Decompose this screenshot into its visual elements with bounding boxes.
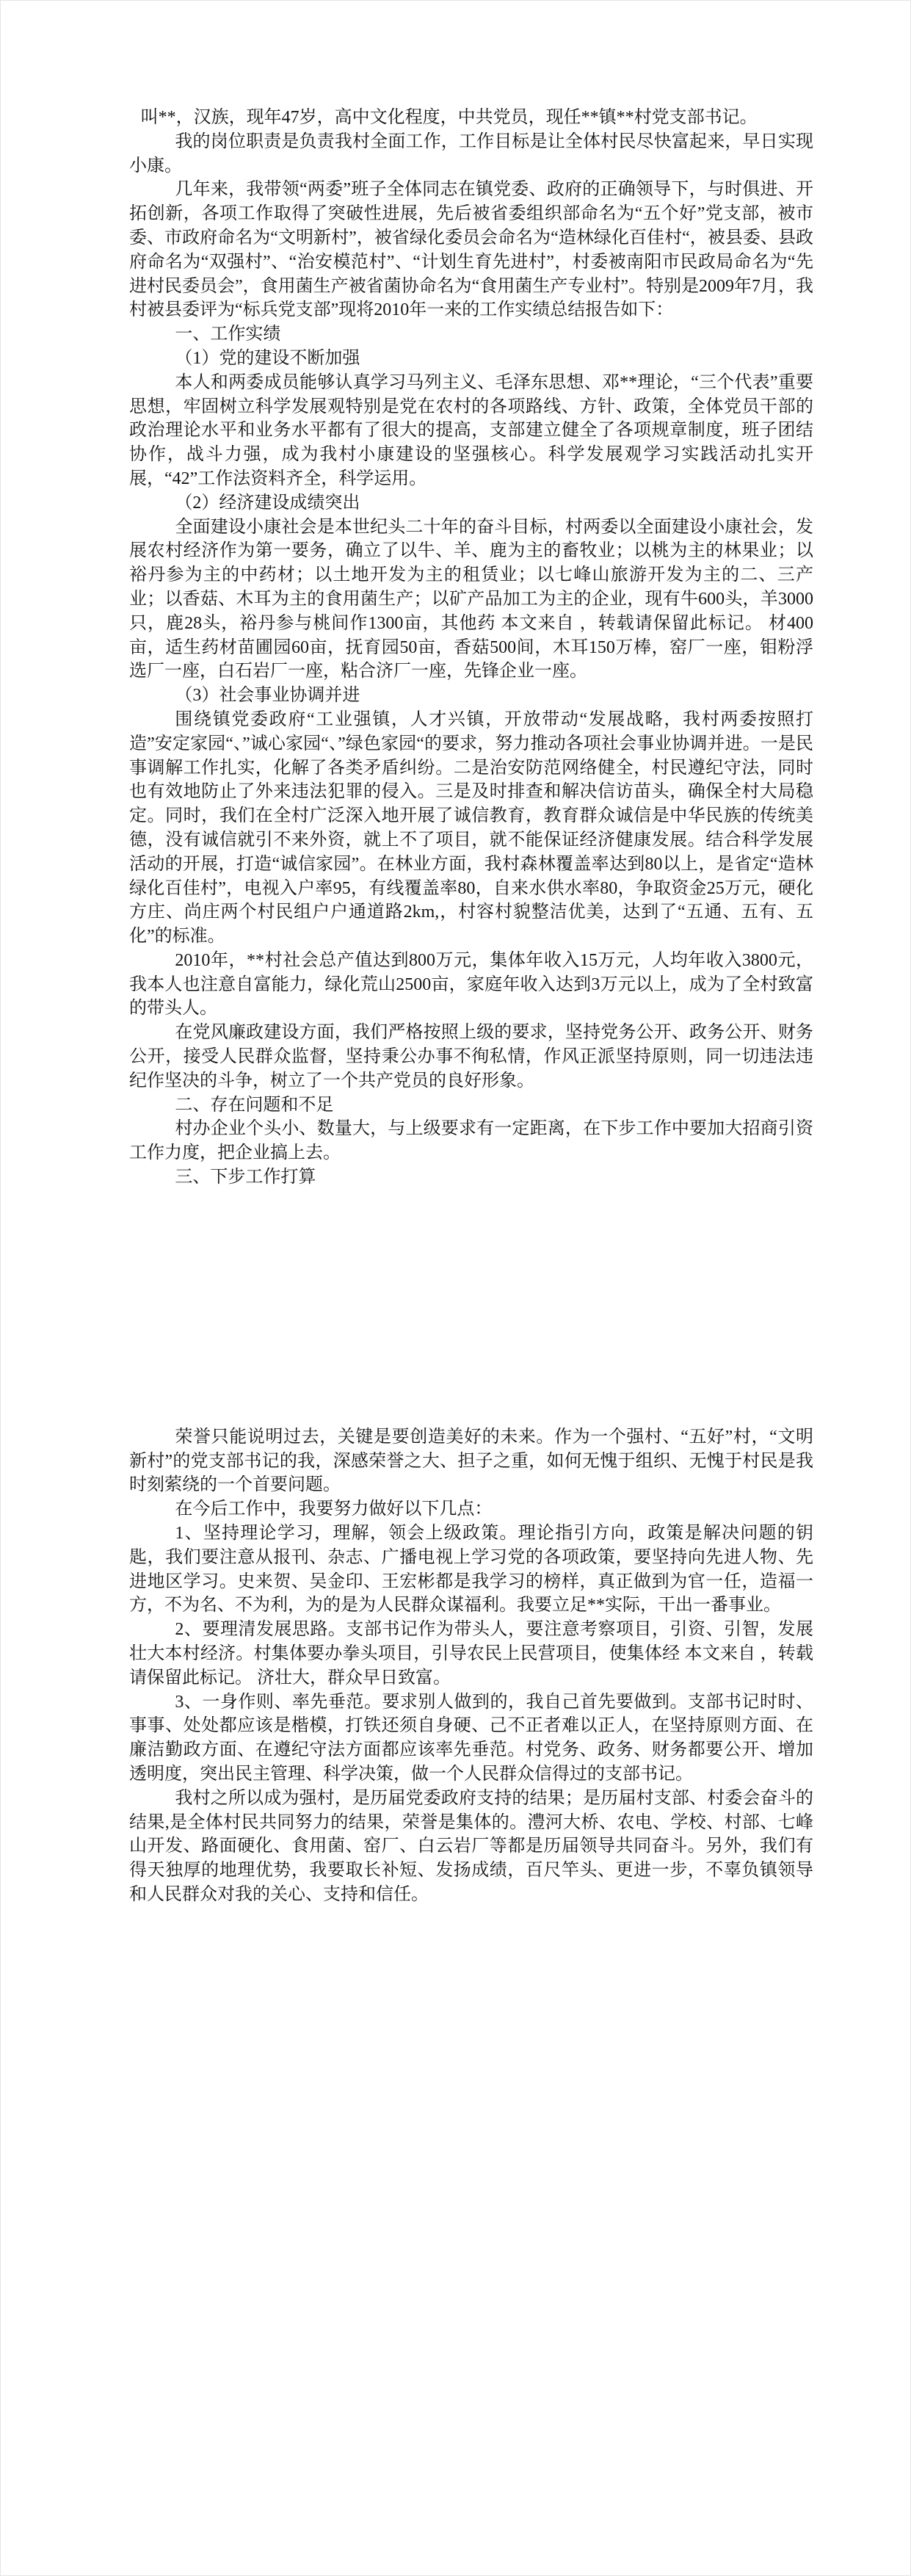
heading-1-2-economy: （2）经济建设成绩突出 — [129, 491, 813, 515]
paragraph-economy: 全面建设小康社会是本世纪头二十年的奋斗目标，村两委以全面建设小康社会，发展农村经… — [129, 515, 813, 684]
paragraph-point-1-theory: 1、坚持理论学习，理解，领会上级政策。理论指引方向，政策是解决问题的钥匙，我们要… — [129, 1522, 813, 1618]
paragraph-clean-governance: 在党风廉政建设方面，我们严格按照上级的要求，坚持党务公开、政务公开、财务公开，接… — [129, 1021, 813, 1093]
paragraph-party-building: 本人和两委成员能够认真学习马列主义、毛泽东思想、邓**理论，“三个代表”重要思想… — [129, 371, 813, 491]
document-page: 叫**，汉族，现年47岁，高中文化程度，中共党员，现任**镇**村党支部书记。 … — [0, 0, 911, 2576]
paragraph-honor-future: 荣誉只能说明过去，关键是要创造美好的未来。作为一个强村、“五好”村，“文明新村”… — [129, 1425, 813, 1497]
paragraph-personal-info: 叫**，汉族，现年47岁，高中文化程度，中共党员，现任**镇**村党支部书记。 — [129, 106, 813, 130]
heading-section-2: 二、存在问题和不足 — [129, 1093, 813, 1118]
heading-section-3: 三、下步工作打算 — [129, 1165, 813, 1190]
paragraph-problems: 村办企业个头小、数量大，与上级要求有一定距离，在下步工作中要加大招商引资工作力度… — [129, 1117, 813, 1165]
page-break-gap — [129, 1190, 813, 1425]
document-text-body: 叫**，汉族，现年47岁，高中文化程度，中共党员，现任**镇**村党支部书记。 … — [129, 106, 813, 1907]
paragraph-future-intro: 在今后工作中，我要努力做好以下几点： — [129, 1497, 813, 1522]
paragraph-honors: 几年来，我带领“两委”班子全体同志在镇党委、政府的正确领导下，与时俱进、开拓创新… — [129, 178, 813, 322]
heading-1-3-social: （3）社会事业协调并进 — [129, 684, 813, 708]
paragraph-social-affairs: 围绕镇党委政府“工业强镇，人才兴镇，开放带动“发展战略，我村两委按照打造”安定家… — [129, 708, 813, 949]
heading-1-1-party: （1）党的建设不断加强 — [129, 347, 813, 371]
paragraph-point-2-development: 2、要理清发展思路。支部书记作为带头人，要注意考察项目，引资、引智，发展壮大本村… — [129, 1618, 813, 1690]
paragraph-closing: 我村之所以成为强村，是历届党委政府支持的结果；是历届村支部、村委会奋斗的结果,是… — [129, 1787, 813, 1907]
paragraph-job-duty: 我的岗位职责是负责我村全面工作，工作目标是让全体村民尽快富起来，早日实现小康。 — [129, 130, 813, 178]
heading-section-1: 一、工作实绩 — [129, 322, 813, 347]
paragraph-point-3-example: 3、一身作则、率先垂范。要求别人做到的，我自己首先要做到。支部书记时时、事事、处… — [129, 1690, 813, 1787]
paragraph-output-2010: 2010年，**村社会总产值达到800万元，集体年收入15万元，人均年收入380… — [129, 949, 813, 1021]
